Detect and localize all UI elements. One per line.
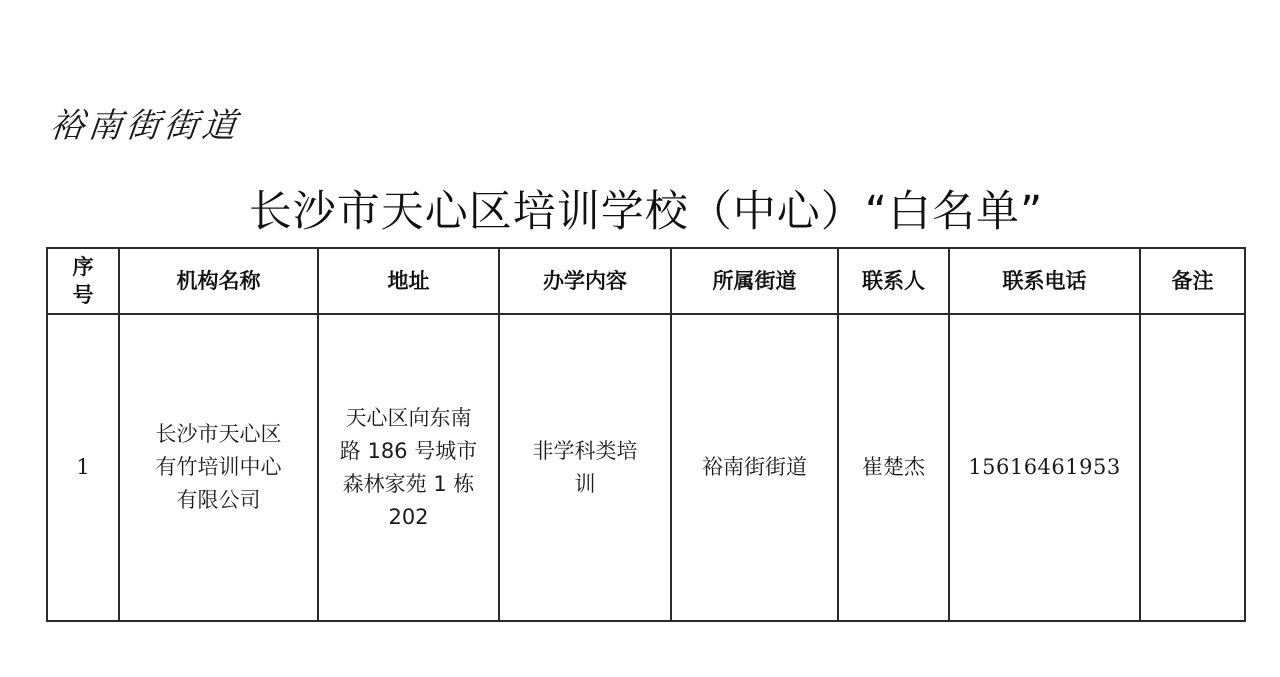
address-line: 路 186 号城市 (327, 435, 490, 468)
table-header-row: 序 号 机构名称 地址 办学内容 所属街道 联系人 联系电话 备注 (47, 248, 1245, 314)
header-institution-name: 机构名称 (119, 248, 318, 314)
table-row: 1 长沙市天心区 有竹培训中心 有限公司 天心区向东南 路 186 号城市 森林… (47, 314, 1245, 621)
name-line: 有限公司 (128, 484, 309, 517)
header-content: 办学内容 (499, 248, 671, 314)
cell-note (1140, 314, 1245, 621)
address-line: 202 (327, 501, 490, 534)
header-seq-line-1: 序 (48, 253, 118, 281)
header-contact: 联系人 (838, 248, 949, 314)
header-phone: 联系电话 (949, 248, 1140, 314)
name-line: 有竹培训中心 (128, 451, 309, 484)
content-line: 训 (508, 468, 662, 501)
cell-phone: 15616461953 (949, 314, 1140, 621)
header-street: 所属街道 (671, 248, 838, 314)
name-line: 长沙市天心区 (128, 418, 309, 451)
address-line: 天心区向东南 (327, 402, 490, 435)
document-title: 长沙市天心区培训学校（中心）“白名单” (0, 184, 1280, 240)
cell-content: 非学科类培 训 (499, 314, 671, 621)
cell-address: 天心区向东南 路 186 号城市 森林家苑 1 栋 202 (318, 314, 499, 621)
header-note: 备注 (1140, 248, 1245, 314)
cell-street: 裕南街街道 (671, 314, 838, 621)
whitelist-table: 序 号 机构名称 地址 办学内容 所属街道 联系人 联系电话 备注 1 长沙市天… (46, 247, 1246, 622)
header-address: 地址 (318, 248, 499, 314)
cell-seq: 1 (47, 314, 119, 621)
header-seq-line-2: 号 (48, 281, 118, 309)
address-line: 森林家苑 1 栋 (327, 468, 490, 501)
cell-institution-name: 长沙市天心区 有竹培训中心 有限公司 (119, 314, 318, 621)
content-line: 非学科类培 (508, 435, 662, 468)
header-seq: 序 号 (47, 248, 119, 314)
cell-contact: 崔楚杰 (838, 314, 949, 621)
district-stamp: 裕南街街道 (48, 104, 243, 148)
